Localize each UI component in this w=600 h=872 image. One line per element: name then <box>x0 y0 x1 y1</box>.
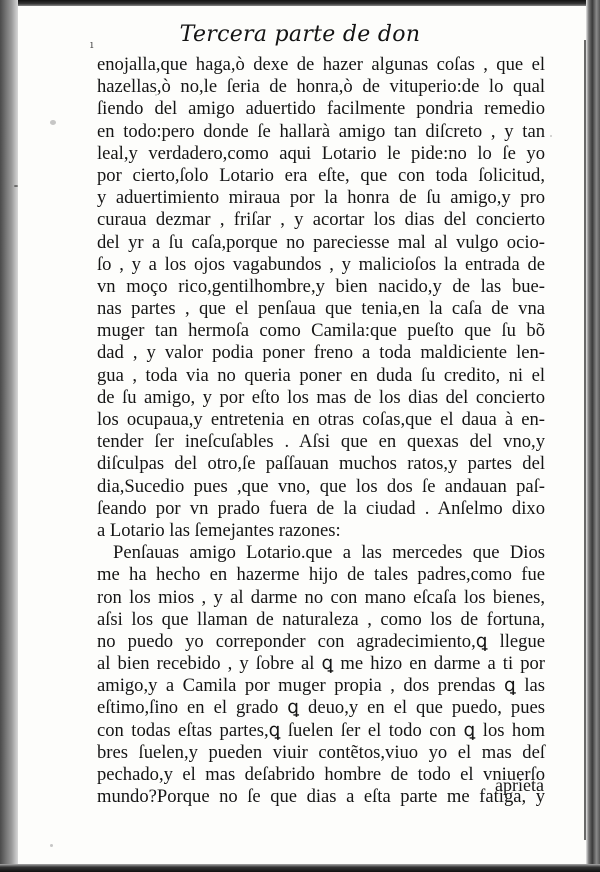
text-line: me ha hecho en hazerme hijo de tales pad… <box>97 564 545 586</box>
text-line: nas partes , que el penſaua que tenia,en… <box>97 298 545 320</box>
text-line: ſiendo del amigo aduertido facilmente po… <box>97 98 545 120</box>
text-line: ſo , y a los ojos vagabundos , y malicio… <box>97 254 545 276</box>
text-line: curaua dezmar , friſar , y acortar los d… <box>97 209 545 231</box>
text-line: vn moço rico,gentilhombre,y bien nacido,… <box>97 276 545 298</box>
page-bottom-edge <box>0 864 600 872</box>
binding-gutter <box>0 0 18 872</box>
text-line: bres ſuelen,y pueden viuir contẽtos,viuo… <box>97 742 545 764</box>
text-line: y aduertimiento miraua por la honra de ſ… <box>97 187 545 209</box>
text-line: ron los mios , y al darme no con mano eſ… <box>97 587 545 609</box>
text-line: en todo:pero donde ſe hallarà amigo tan … <box>97 121 545 143</box>
text-line: eſtimo,ſino en el grado ꝗ deuo,y en el q… <box>97 697 545 719</box>
text-line: enojalla,que haga,ò dexe de hazer alguna… <box>97 54 545 76</box>
text-line: leal,y verdadero,como aqui Lotario le pi… <box>97 143 545 165</box>
text-line: gua , toda via no queria poner en duda ſ… <box>97 365 545 387</box>
text-line: no puedo yo correponder con agradecimien… <box>97 631 545 653</box>
paragraph-start-line: Penſauas amigo Lotario.que a las mercede… <box>97 542 545 564</box>
text-line: dad , y valor podia poner freno a toda m… <box>97 342 545 364</box>
paper-speck <box>155 94 157 96</box>
text-line: pechado,y el mas deſabrido hombre de tod… <box>97 764 545 786</box>
text-line: muger tan hermoſa como Camila:que pueſto… <box>97 320 545 342</box>
text-line: ſeando por vn prado fuera de la ciudad .… <box>97 498 545 520</box>
running-head: Tercera parte de don <box>0 22 600 47</box>
text-line: hazellas,ò no,le ſeria de honra,ò de vit… <box>97 76 545 98</box>
paper-speck <box>550 135 552 137</box>
page-fore-edge <box>586 0 600 872</box>
text-line: dia,Sucedio pues ,que vno, que los dos ſ… <box>97 476 545 498</box>
text-line: a Lotario las ſemejantes razones: <box>97 520 545 542</box>
text-line: los ocupaua,y entretenia en otras coſas,… <box>97 409 545 431</box>
text-line: aſsi los que llaman de naturaleza , como… <box>97 609 545 631</box>
text-line: con todas eſtas partes,ꝗ ſuelen ſer el t… <box>97 720 545 742</box>
text-line: de ſu amigo, y por eſto los mas de los d… <box>97 387 545 409</box>
text-line: mundo?Porque no ſe que dias a eſta parte… <box>97 786 545 808</box>
text-line: tender ſer ineſcuſables . Aſsi que en qu… <box>97 431 545 453</box>
catchword: aprieta <box>495 775 544 796</box>
text-line: amigo,y a Camila por muger propia , dos … <box>97 675 545 697</box>
body-text: enojalla,que haga,ò dexe de hazer alguna… <box>97 54 545 808</box>
text-line: del yr a ſu caſa,porque no pareciesse ma… <box>97 232 545 254</box>
text-line: por cierto,ſolo Lotario era eſte, que co… <box>97 165 545 187</box>
paper-speck <box>50 120 56 125</box>
page-top-edge <box>0 0 600 6</box>
paper-speck <box>50 844 53 847</box>
text-line: al bien recebido , y ſobre al ꝗ me hizo … <box>97 653 545 675</box>
text-line: diſculpas del otro,ſe paſſauan muchos ra… <box>97 453 545 475</box>
scanned-book-page: ı Tercera parte de don enojalla,que haga… <box>0 0 600 872</box>
paper-speck <box>14 185 18 187</box>
